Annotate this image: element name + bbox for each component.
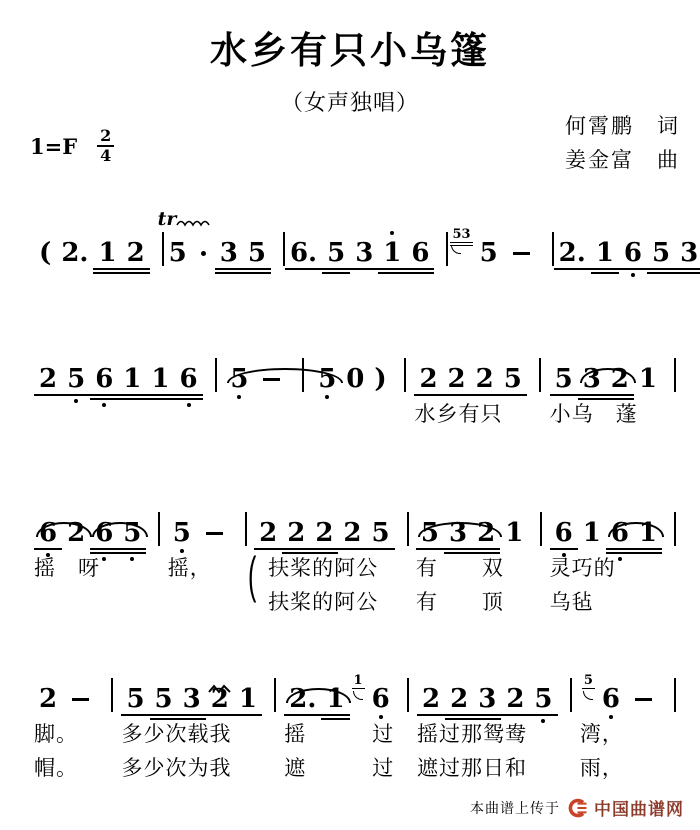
note: 5	[529, 686, 557, 712]
lyrics-row: 多少次为我	[121, 755, 275, 783]
score: (2.125tr356.53165352.1653256116 5 50) 22…	[0, 0, 700, 830]
barline	[570, 678, 572, 712]
barline	[539, 358, 541, 392]
score-line-4: 2脚。帽。55321多少次载我多少次为我2.116摇 过遮 过22325摇过那鸳…	[34, 638, 676, 783]
note: 2	[282, 520, 310, 546]
low-octave-dot	[46, 553, 50, 557]
measure: 55321多少次载我多少次为我	[121, 672, 275, 783]
note: 5	[62, 366, 90, 392]
grace-tail	[451, 245, 461, 254]
note: 1	[378, 240, 406, 266]
note: 2	[471, 366, 499, 392]
low-octave-dot	[180, 549, 184, 553]
dash	[513, 252, 530, 255]
lyrics-row	[225, 401, 304, 429]
note: 1	[118, 366, 146, 392]
lyrics-row: 水乡有只	[414, 401, 540, 429]
notes-row: 2	[34, 672, 113, 712]
high-octave-dot	[390, 231, 394, 235]
lyrics-row: 遮过那日和	[417, 755, 571, 783]
paren: (	[34, 240, 56, 266]
note: 3	[178, 686, 206, 712]
dash	[635, 698, 652, 701]
paren: )	[369, 366, 391, 392]
dash	[72, 698, 89, 701]
lyrics-row: 扶桨的阿公	[254, 555, 408, 583]
measure: 535	[448, 226, 553, 266]
lyrics-row	[168, 589, 247, 617]
measure: 5tr35	[164, 226, 285, 266]
low-octave-dot	[74, 399, 78, 403]
lyrics-row: 脚。	[34, 721, 113, 749]
notes-row: 56	[580, 672, 676, 712]
grace-digits: 5	[582, 674, 595, 687]
lyrics-row: 摇过那鸳鸯	[417, 721, 571, 749]
note: 2	[310, 520, 338, 546]
grace-digits: 1	[352, 674, 365, 687]
lyrics-row: 多少次载我	[121, 721, 275, 749]
notes-row: 5tr35	[164, 226, 285, 266]
barline	[158, 512, 160, 546]
measure: 22225扶桨的阿公扶桨的阿公(	[254, 506, 408, 617]
lyrics-row: 乌毡	[550, 589, 676, 617]
notes-row: 5	[168, 506, 247, 546]
note: 3	[473, 686, 501, 712]
score-line-1: (2.125tr356.53165352.1653	[34, 192, 676, 266]
measure: 56湾，雨，	[580, 672, 676, 783]
barline	[407, 512, 409, 546]
note: 5	[243, 240, 271, 266]
low-octave-dot	[541, 719, 545, 723]
low-octave-dot	[325, 395, 329, 399]
verse-brace: (	[248, 550, 256, 600]
lyrics-row	[313, 401, 406, 429]
note: 2	[206, 686, 234, 712]
notes-row: 256116	[34, 352, 217, 392]
note: 2	[34, 686, 62, 712]
grace-tail	[583, 691, 593, 700]
lyrics-row: 扶桨的阿公	[254, 589, 408, 617]
barline	[407, 678, 409, 712]
measure: 5321小乌 蓬	[550, 352, 676, 429]
note: 5	[647, 240, 675, 266]
note: 5	[367, 520, 395, 546]
notes-row: 22325	[417, 672, 571, 712]
note: 5	[322, 240, 350, 266]
note: 3	[350, 240, 378, 266]
notes-row: 2.1653	[554, 226, 700, 266]
low-octave-dot	[562, 553, 566, 557]
low-octave-dot	[237, 395, 241, 399]
grace-note: 1	[352, 674, 365, 700]
lyrics-row: 有 顶	[416, 589, 542, 617]
barline	[111, 678, 113, 712]
barline	[404, 358, 406, 392]
barline	[215, 358, 217, 392]
note: 1	[234, 686, 262, 712]
low-octave-dot	[379, 715, 383, 719]
notes-row: 535	[448, 226, 553, 266]
note: 3	[675, 240, 700, 266]
grace-tail	[353, 691, 363, 700]
notes-row: 22225	[254, 506, 408, 546]
low-octave-dot	[130, 557, 134, 561]
note: 6	[367, 686, 395, 712]
barline	[274, 678, 276, 712]
low-octave-dot	[609, 715, 613, 719]
note: 6	[406, 240, 434, 266]
note: 6	[550, 520, 578, 546]
uploaded-by-text: 本曲谱上传于	[470, 798, 560, 818]
grace-note: 53	[450, 228, 472, 254]
note: 5	[550, 366, 578, 392]
measure: 2脚。帽。	[34, 672, 113, 783]
note: 2	[122, 240, 150, 266]
footer-watermark: 本曲谱上传于 中国曲谱网	[470, 795, 684, 820]
notes-row: 2225	[414, 352, 540, 392]
score-line-2: 256116 5 50) 2225水乡有只5321小乌 蓬	[34, 318, 676, 429]
notes-row: (2.12	[34, 226, 164, 266]
notes-row: 6.5316	[285, 226, 449, 266]
note: 2	[443, 366, 471, 392]
measure: 22325摇过那鸳鸯遮过那日和	[417, 672, 571, 783]
note: 6	[619, 240, 647, 266]
score-line-3: 6265摇 呀 5摇， 22225扶桨的阿公扶桨的阿公(5321有 双有 顶61…	[34, 472, 676, 617]
measure: 5321有 双有 顶	[416, 506, 542, 617]
augmentation-dot	[201, 251, 206, 256]
measure: 50)	[313, 352, 406, 429]
dash	[206, 532, 223, 535]
note: 5tr	[164, 240, 192, 266]
low-octave-dot	[102, 403, 106, 407]
lyrics-row: 有 双	[416, 555, 542, 583]
note: 2	[414, 366, 442, 392]
barline	[674, 678, 676, 712]
note: 1	[634, 366, 662, 392]
measure: 6161灵巧的乌毡	[550, 506, 676, 617]
note: 2.	[554, 240, 591, 266]
barline	[674, 358, 676, 392]
note: 2	[338, 520, 366, 546]
note: 5	[499, 366, 527, 392]
note: 2	[254, 520, 282, 546]
low-octave-dot	[618, 557, 622, 561]
measure: 5摇，	[168, 506, 247, 617]
note: 2	[417, 686, 445, 712]
lyrics-row: 摇 呀	[34, 555, 160, 583]
lyrics-row: 灵巧的	[550, 555, 676, 583]
barline	[674, 512, 676, 546]
mordent-mark	[208, 673, 232, 699]
note: 5	[121, 686, 149, 712]
note: 1	[93, 240, 121, 266]
note: 5	[168, 520, 196, 546]
note: 1	[146, 366, 174, 392]
note: 1	[500, 520, 528, 546]
lyrics-row: 遮 过	[284, 755, 408, 783]
lyrics-row	[34, 589, 160, 617]
note: 6	[90, 366, 118, 392]
note: 5	[150, 686, 178, 712]
site-name: 中国曲谱网	[594, 795, 684, 820]
note: 3	[215, 240, 243, 266]
barline	[540, 512, 542, 546]
note: 2	[34, 366, 62, 392]
trill-mark: tr	[158, 210, 211, 229]
notes-row: 6161	[550, 506, 676, 546]
measure: 5	[225, 352, 304, 429]
note: 2	[445, 686, 473, 712]
note: 2	[501, 686, 529, 712]
low-octave-dot	[187, 403, 191, 407]
note: 1	[591, 240, 619, 266]
note: 5	[475, 240, 503, 266]
lyrics-row: 雨，	[580, 755, 676, 783]
lyrics-row: 湾，	[580, 721, 676, 749]
note: 2.	[56, 240, 93, 266]
note: 6	[597, 686, 625, 712]
note: 6.	[285, 240, 322, 266]
note: 1	[578, 520, 606, 546]
low-octave-dot	[631, 273, 635, 277]
measure: (2.12	[34, 226, 164, 266]
measure: 2.1653	[554, 226, 700, 266]
site-logo-icon	[567, 798, 587, 818]
note: 0	[341, 366, 369, 392]
grace-note: 5	[582, 674, 595, 700]
low-octave-dot	[102, 557, 106, 561]
barline	[245, 512, 247, 546]
note: 6	[174, 366, 202, 392]
grace-digits: 53	[450, 228, 472, 241]
lyrics-row: 摇 过	[284, 721, 408, 749]
lyrics-row: 帽。	[34, 755, 113, 783]
lyrics-row: 摇，	[168, 555, 247, 583]
notes-row: 55321	[121, 672, 275, 712]
lyrics-row: 小乌 蓬	[550, 401, 676, 429]
measure: 6.5316	[285, 226, 449, 266]
measure: 256116	[34, 352, 217, 429]
measure: 2225水乡有只	[414, 352, 540, 429]
